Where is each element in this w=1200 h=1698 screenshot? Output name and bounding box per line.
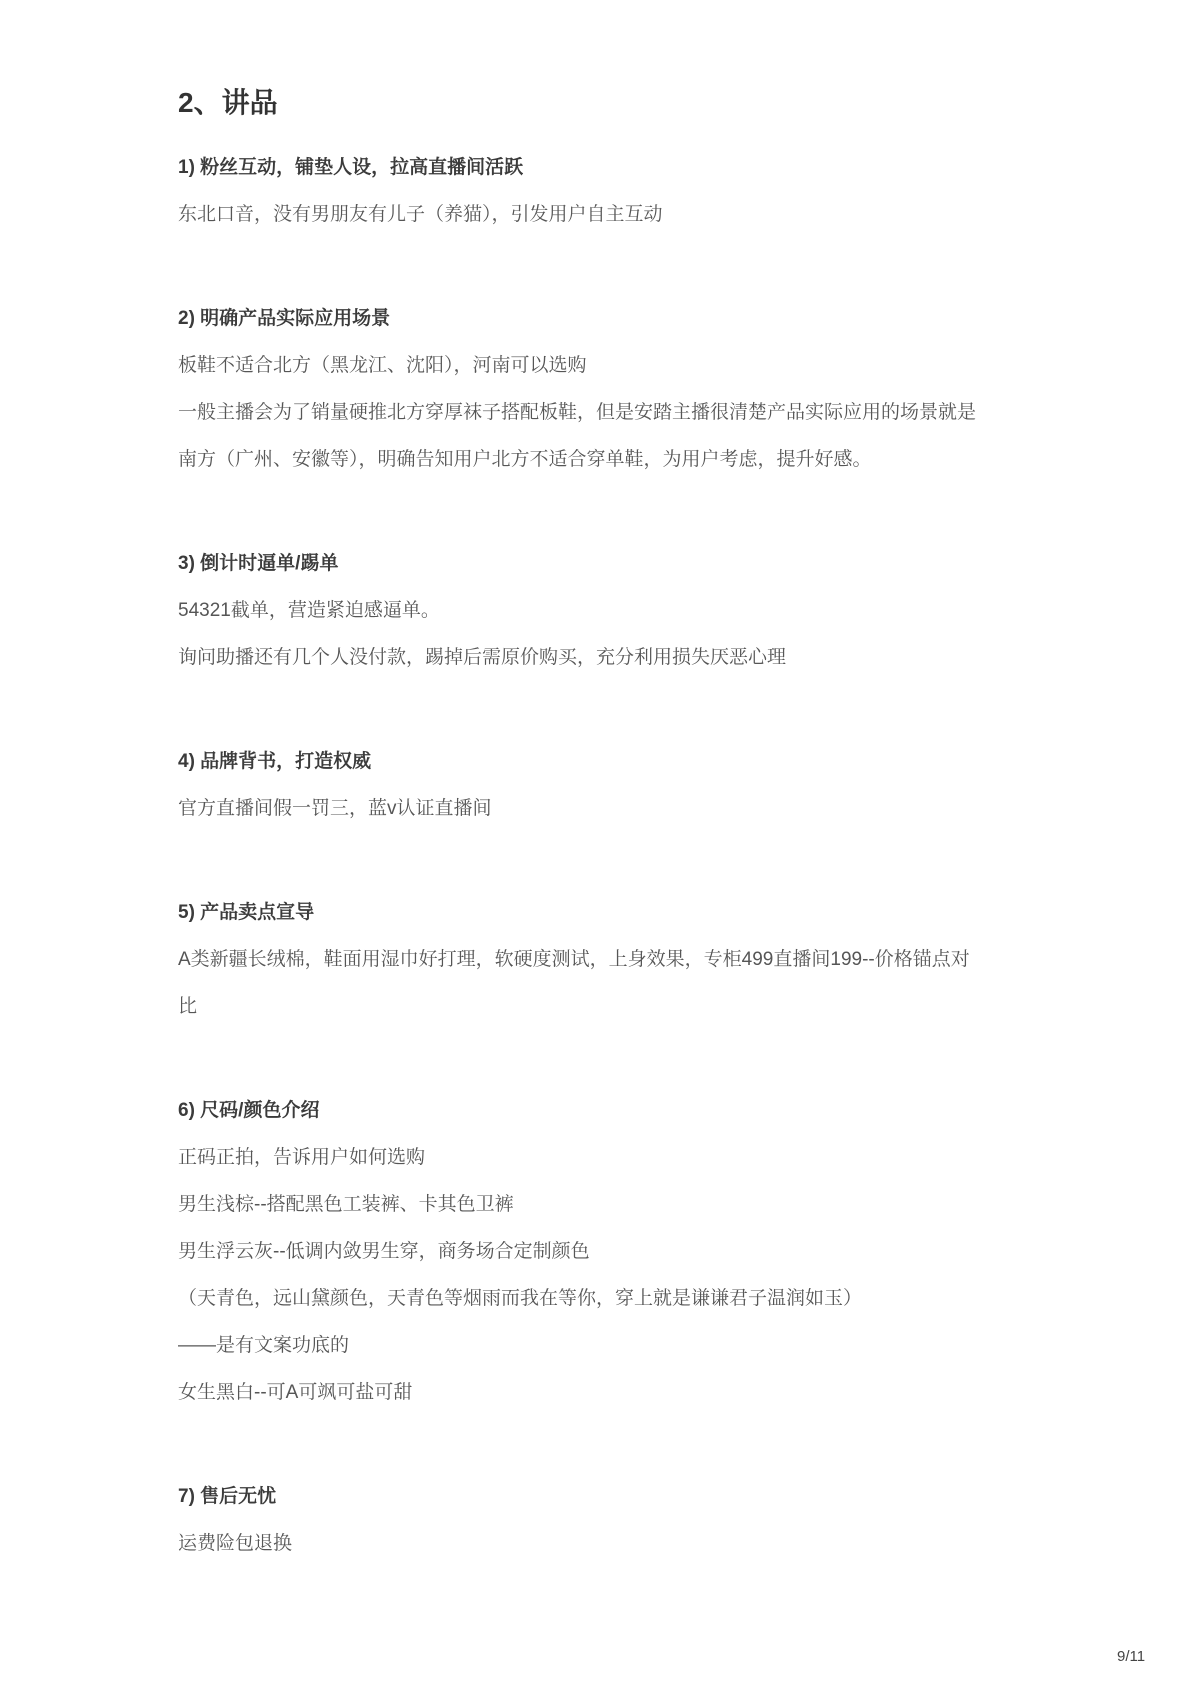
section-heading: 4) 品牌背书，打造权威 bbox=[178, 738, 1078, 785]
section-usage-scenario: 2) 明确产品实际应用场景 板鞋不适合北方（黑龙江、沈阳），河南可以选购 一般主… bbox=[178, 295, 1078, 483]
section-text-line: 正码正拍，告诉用户如何选购 bbox=[178, 1134, 1078, 1181]
section-text-line: 官方直播间假一罚三，蓝v认证直播间 bbox=[178, 785, 1078, 832]
section-text-line: A类新疆长绒棉，鞋面用湿巾好打理，软硬度测试，上身效果，专柜499直播间199-… bbox=[178, 936, 1078, 983]
section-heading: 2) 明确产品实际应用场景 bbox=[178, 295, 1078, 342]
section-size-color-intro: 6) 尺码/颜色介绍 正码正拍，告诉用户如何选购 男生浅棕--搭配黑色工装裤、卡… bbox=[178, 1087, 1078, 1416]
section-countdown-closing: 3) 倒计时逼单/踢单 54321截单，营造紧迫感逼单。 询问助播还有几个人没付… bbox=[178, 540, 1078, 681]
section-text-line: 男生浮云灰--低调内敛男生穿，商务场合定制颜色 bbox=[178, 1228, 1078, 1275]
section-text-line: 54321截单，营造紧迫感逼单。 bbox=[178, 587, 1078, 634]
page-title: 2、讲品 bbox=[178, 83, 1078, 123]
section-text-line: 运费险包退换 bbox=[178, 1520, 1078, 1567]
section-heading: 3) 倒计时逼单/踢单 bbox=[178, 540, 1078, 587]
section-text-line: 比 bbox=[178, 983, 1078, 1030]
section-text-line: 男生浅棕--搭配黑色工装裤、卡其色卫裤 bbox=[178, 1181, 1078, 1228]
section-heading: 7) 售后无忧 bbox=[178, 1473, 1078, 1520]
section-text-line: 一般主播会为了销量硬推北方穿厚袜子搭配板鞋，但是安踏主播很清楚产品实际应用的场景… bbox=[178, 389, 1078, 436]
section-brand-endorsement: 4) 品牌背书，打造权威 官方直播间假一罚三，蓝v认证直播间 bbox=[178, 738, 1078, 832]
section-text-line: 女生黑白--可A可飒可盐可甜 bbox=[178, 1369, 1078, 1416]
section-fan-interaction: 1) 粉丝互动，铺垫人设，拉高直播间活跃 东北口音，没有男朋友有儿子（养猫），引… bbox=[178, 144, 1078, 238]
section-heading: 5) 产品卖点宣导 bbox=[178, 889, 1078, 936]
page-number: 9/11 bbox=[1117, 1647, 1145, 1667]
section-after-sales: 7) 售后无忧 运费险包退换 bbox=[178, 1473, 1078, 1567]
section-text-line: 东北口音，没有男朋友有儿子（养猫），引发用户自主互动 bbox=[178, 191, 1078, 238]
section-text-line: 南方（广州、安徽等），明确告知用户北方不适合穿单鞋，为用户考虑，提升好感。 bbox=[178, 436, 1078, 483]
section-heading: 1) 粉丝互动，铺垫人设，拉高直播间活跃 bbox=[178, 144, 1078, 191]
section-selling-points: 5) 产品卖点宣导 A类新疆长绒棉，鞋面用湿巾好打理，软硬度测试，上身效果，专柜… bbox=[178, 889, 1078, 1030]
section-heading: 6) 尺码/颜色介绍 bbox=[178, 1087, 1078, 1134]
section-text-line: （天青色，远山黛颜色，天青色等烟雨而我在等你，穿上就是谦谦君子温润如玉） bbox=[178, 1275, 1078, 1322]
section-text-line: 板鞋不适合北方（黑龙江、沈阳），河南可以选购 bbox=[178, 342, 1078, 389]
section-text-line: 询问助播还有几个人没付款，踢掉后需原价购买，充分利用损失厌恶心理 bbox=[178, 634, 1078, 681]
document-body: 2、讲品 1) 粉丝互动，铺垫人设，拉高直播间活跃 东北口音，没有男朋友有儿子（… bbox=[178, 83, 1078, 1567]
section-text-line: ——是有文案功底的 bbox=[178, 1322, 1078, 1369]
